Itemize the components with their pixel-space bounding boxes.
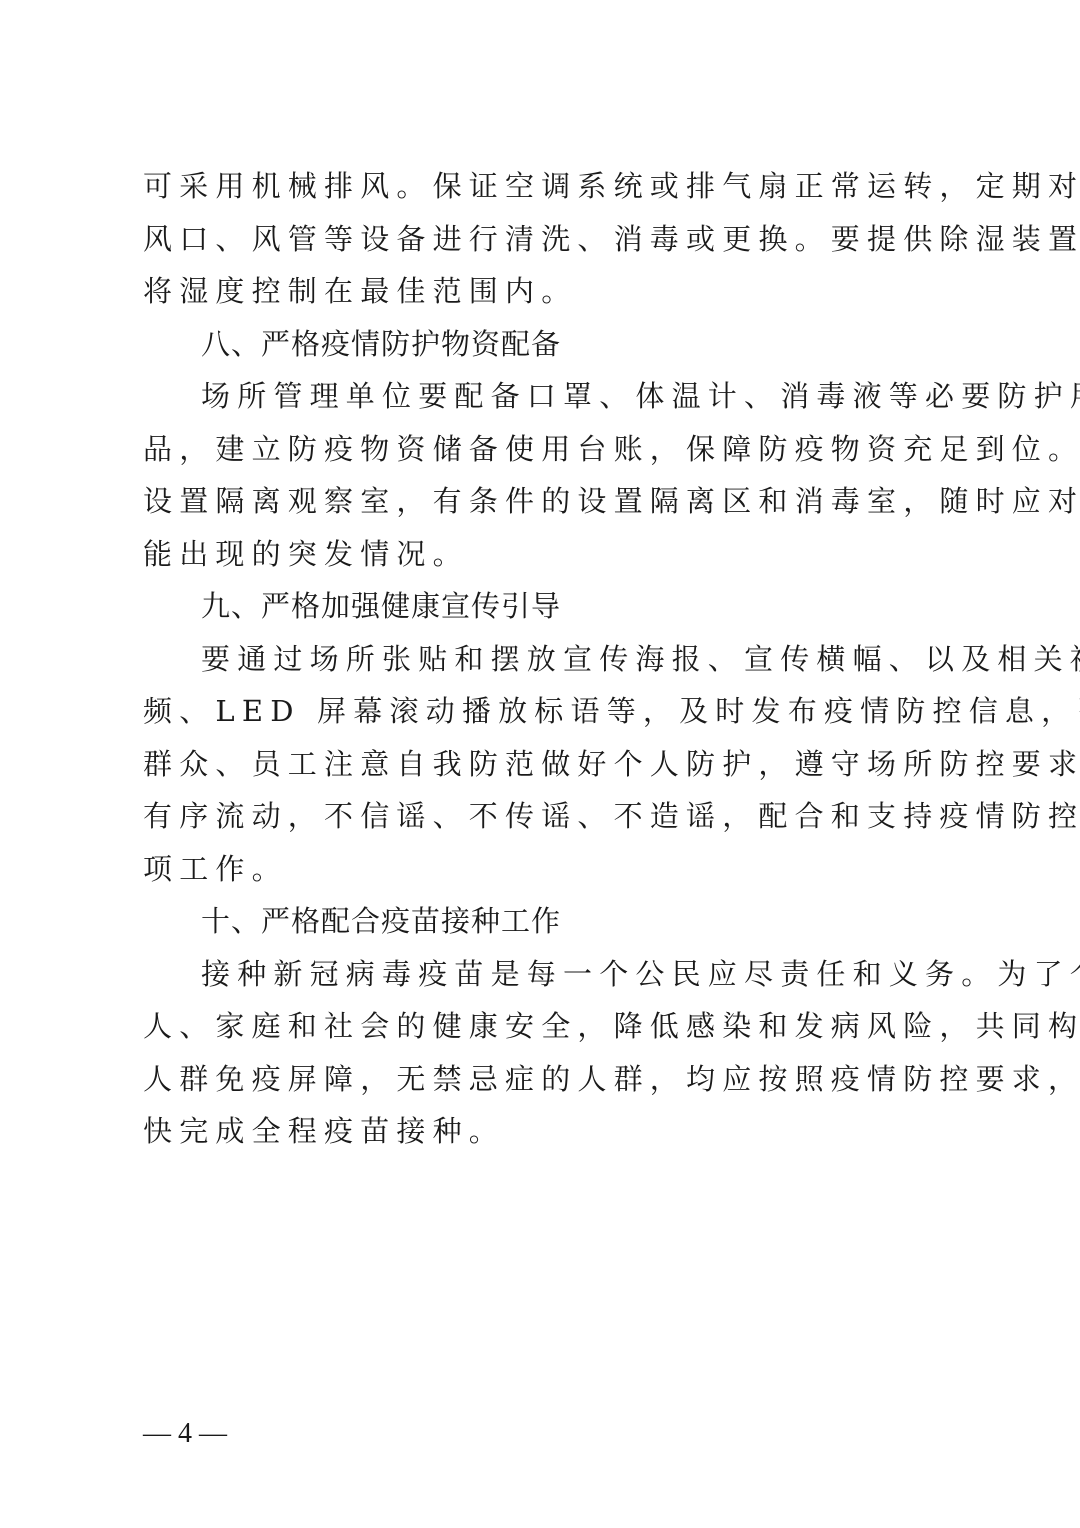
text-line: 有序流动，不信谣、不传谣、不造谣，配合和支持疫情防控各 [143, 790, 939, 843]
section-heading-9: 九、严格加强健康宣传引导 [143, 580, 939, 633]
text-line: 人群免疫屏障，无禁忌症的人群，均应按照疫情防控要求，尽 [143, 1053, 939, 1106]
text-line: 快完成全程疫苗接种。 [143, 1105, 939, 1158]
text-line: 风口、风管等设备进行清洗、消毒或更换。要提供除湿装置， [143, 213, 939, 266]
text-line: 群众、员工注意自我防范做好个人防护，遵守场所防控要求， [143, 738, 939, 791]
text-line: 场所管理单位要配备口罩、体温计、消毒液等必要防护用 [143, 370, 939, 423]
paragraph-supplies: 场所管理单位要配备口罩、体温计、消毒液等必要防护用 品，建立防疫物资储备使用台账… [143, 370, 939, 580]
paragraph-vaccination: 接种新冠病毒疫苗是每一个公民应尽责任和义务。为了个 人、家庭和社会的健康安全，降… [143, 948, 939, 1158]
paragraph-ventilation: 可采用机械排风。保证空调系统或排气扇正常运转，定期对送 风口、风管等设备进行清洗… [143, 160, 939, 318]
section-heading-10: 十、严格配合疫苗接种工作 [143, 895, 939, 948]
document-page: 可采用机械排风。保证空调系统或排气扇正常运转，定期对送 风口、风管等设备进行清洗… [143, 160, 939, 1158]
text-line: 频、LED 屏幕滚动播放标语等，及时发布疫情防控信息，引导 [143, 685, 939, 738]
text-line: 将湿度控制在最佳范围内。 [143, 265, 939, 318]
text-line: 接种新冠病毒疫苗是每一个公民应尽责任和义务。为了个 [143, 948, 939, 1001]
text-line: 品，建立防疫物资储备使用台账，保障防疫物资充足到位。要 [143, 423, 939, 476]
paragraph-publicity: 要通过场所张贴和摆放宣传海报、宣传横幅、以及相关视 频、LED 屏幕滚动播放标语… [143, 633, 939, 896]
text-line: 设置隔离观察室，有条件的设置隔离区和消毒室，随时应对可 [143, 475, 939, 528]
section-heading-8: 八、严格疫情防护物资配备 [143, 318, 939, 371]
page-number: — 4 — [143, 1418, 227, 1450]
text-line: 要通过场所张贴和摆放宣传海报、宣传横幅、以及相关视 [143, 633, 939, 686]
text-line: 项工作。 [143, 843, 939, 896]
text-line: 能出现的突发情况。 [143, 528, 939, 581]
text-line: 可采用机械排风。保证空调系统或排气扇正常运转，定期对送 [143, 160, 939, 213]
text-line: 人、家庭和社会的健康安全，降低感染和发病风险，共同构筑 [143, 1000, 939, 1053]
